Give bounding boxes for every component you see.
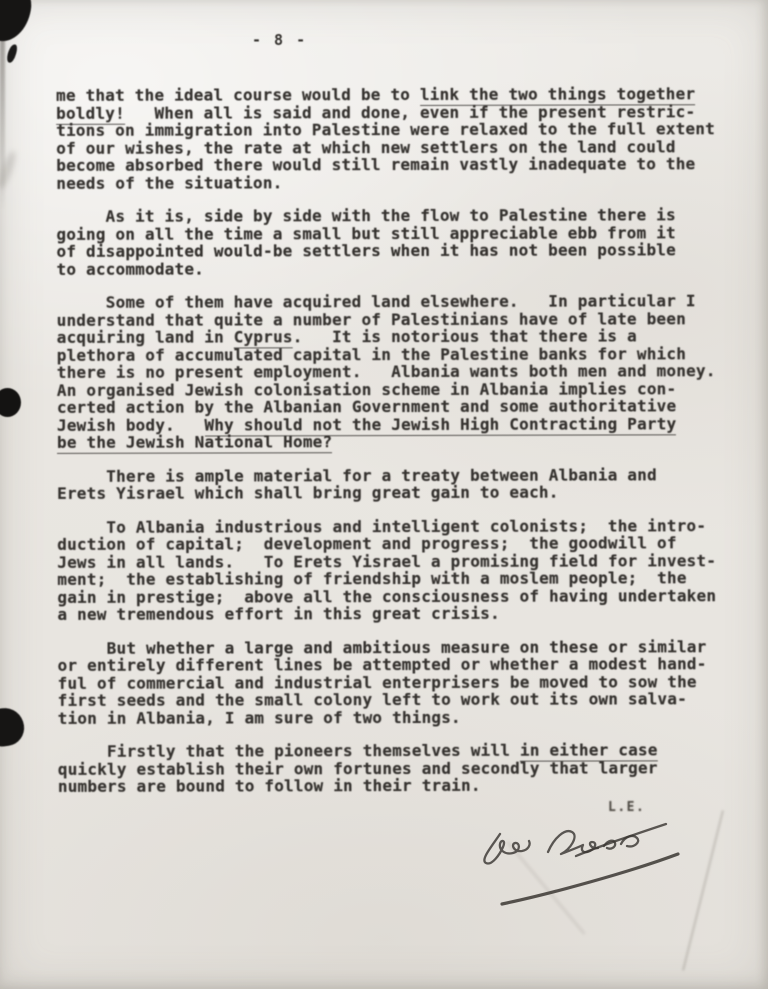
- signature-flourish-stroke: [576, 824, 666, 856]
- text-segment: become absorbed there would still remain…: [56, 154, 695, 175]
- text-line: Erets Yisrael which shall bring great ga…: [57, 483, 763, 502]
- text-line: become absorbed there would still remain…: [56, 155, 762, 174]
- text-line: Jewish body. Why should not the Jewish H…: [57, 415, 763, 434]
- text-segment: needs of the situation.: [56, 173, 282, 193]
- text-line: needs of the situation.: [56, 173, 762, 192]
- paragraph: Firstly that the pioneers themselves wil…: [58, 741, 764, 795]
- signature-handwritten: [470, 816, 700, 916]
- scanned-letter-page: - 8 - me that the ideal course would be …: [0, 0, 768, 989]
- text-line: tion in Albania, I am sure of two things…: [58, 708, 764, 727]
- text-segment: numbers are bound to follow in their tra…: [58, 776, 481, 796]
- text-segment: to accommodate.: [57, 259, 205, 278]
- ink-blob-bottom-left: [0, 706, 26, 749]
- text-segment: a new tremendous effort in this great cr…: [57, 604, 500, 624]
- text-line: to accommodate.: [57, 259, 763, 278]
- paragraph: To Albania industrious and intelligent c…: [57, 517, 763, 624]
- signature-underline-stroke: [502, 854, 678, 904]
- text-segment: of disappointed would-be settlers when i…: [56, 240, 676, 261]
- text-line: of disappointed would-be settlers when i…: [56, 241, 762, 260]
- signature-name-stroke: [548, 831, 638, 854]
- text-line: numbers are bound to follow in their tra…: [58, 776, 764, 795]
- underlined-text: be the Jewish National Home?: [57, 432, 332, 454]
- ink-blob-top-left: [0, 0, 35, 45]
- page-number: - 8 -: [252, 32, 307, 48]
- punch-hole: [0, 388, 21, 417]
- text-segment: tion in Albania, I am sure of two things…: [58, 707, 461, 727]
- paragraph: As it is, side by side with the flow to …: [56, 206, 762, 278]
- paragraph: me that the ideal course would be to lin…: [56, 85, 762, 192]
- text-segment: Erets Yisrael which shall bring great ga…: [57, 483, 559, 503]
- ink-dash-top-left: [6, 43, 19, 63]
- paragraph: There is ample material for a treaty bet…: [57, 466, 763, 503]
- letter-body: me that the ideal course would be to lin…: [56, 85, 764, 811]
- text-segment: Jewish body.: [57, 415, 205, 434]
- closing-initials: L.E.: [608, 801, 645, 815]
- text-line: a new tremendous effort in this great cr…: [57, 604, 763, 623]
- paragraph: Some of them have acquired land elsewher…: [57, 292, 763, 451]
- text-segment: acquiring land in: [57, 327, 234, 346]
- signature-name-stroke: [484, 834, 529, 863]
- paragraph: But whether a large and ambitious measur…: [57, 638, 763, 727]
